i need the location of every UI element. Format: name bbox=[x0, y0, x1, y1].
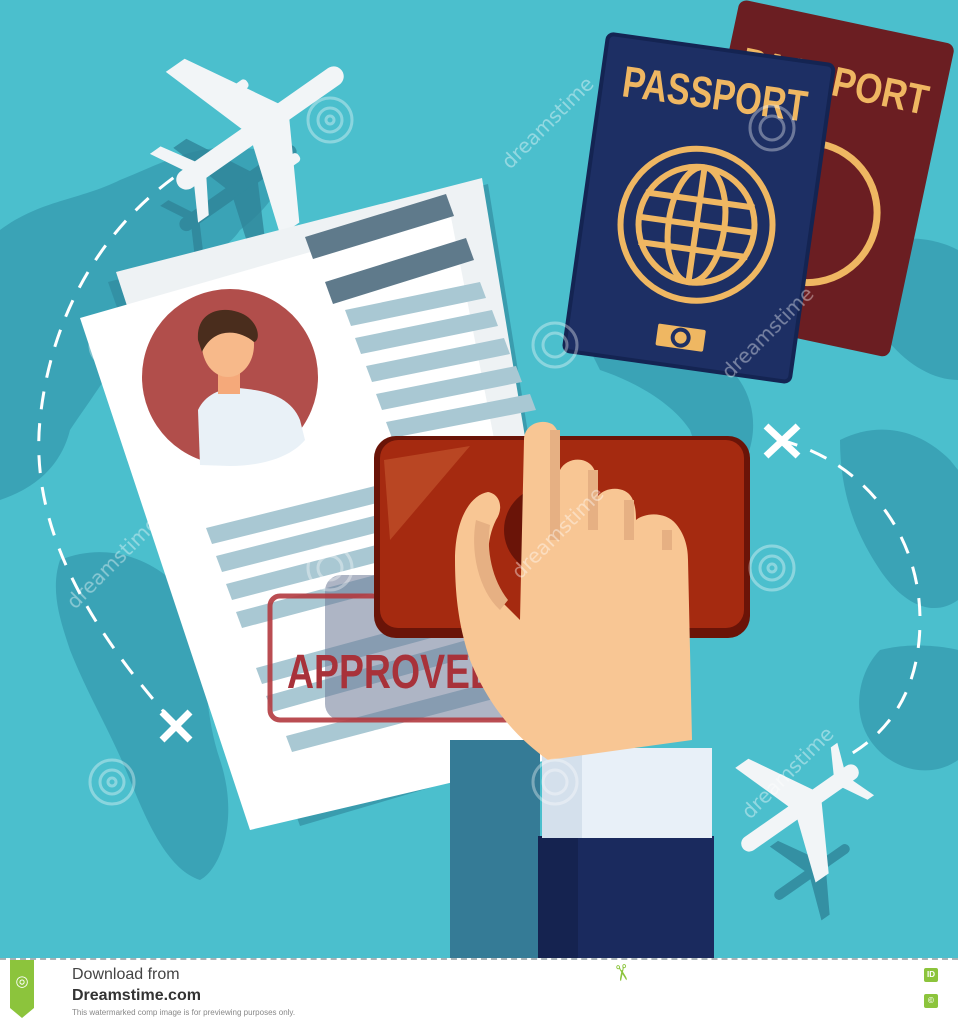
scissors-icon: ✂ bbox=[607, 962, 636, 985]
illustration: APPROVED PASSPORT PASSPORT bbox=[0, 0, 958, 958]
dreamstime-logo-badge[interactable]: ◎ bbox=[10, 960, 34, 1008]
passport-front: PASSPORT bbox=[564, 34, 834, 383]
id-badge[interactable]: ID bbox=[924, 968, 938, 982]
svg-text:dreamstime: dreamstime bbox=[497, 72, 599, 174]
footer-site-link[interactable]: Dreamstime.com bbox=[72, 987, 201, 1005]
svg-text:APPROVED: APPROVED bbox=[287, 646, 497, 699]
illustration-svg: APPROVED PASSPORT PASSPORT bbox=[0, 0, 958, 958]
footer-download-label: Download from bbox=[72, 966, 180, 984]
footer: ◎ Download from Dreamstime.com This wate… bbox=[0, 958, 958, 1024]
dreamstime-spiral-icon: ◎ bbox=[14, 974, 30, 990]
footer-disclaimer: This watermarked comp image is for previ… bbox=[72, 1008, 295, 1017]
copyright-badge[interactable]: © bbox=[924, 994, 938, 1008]
